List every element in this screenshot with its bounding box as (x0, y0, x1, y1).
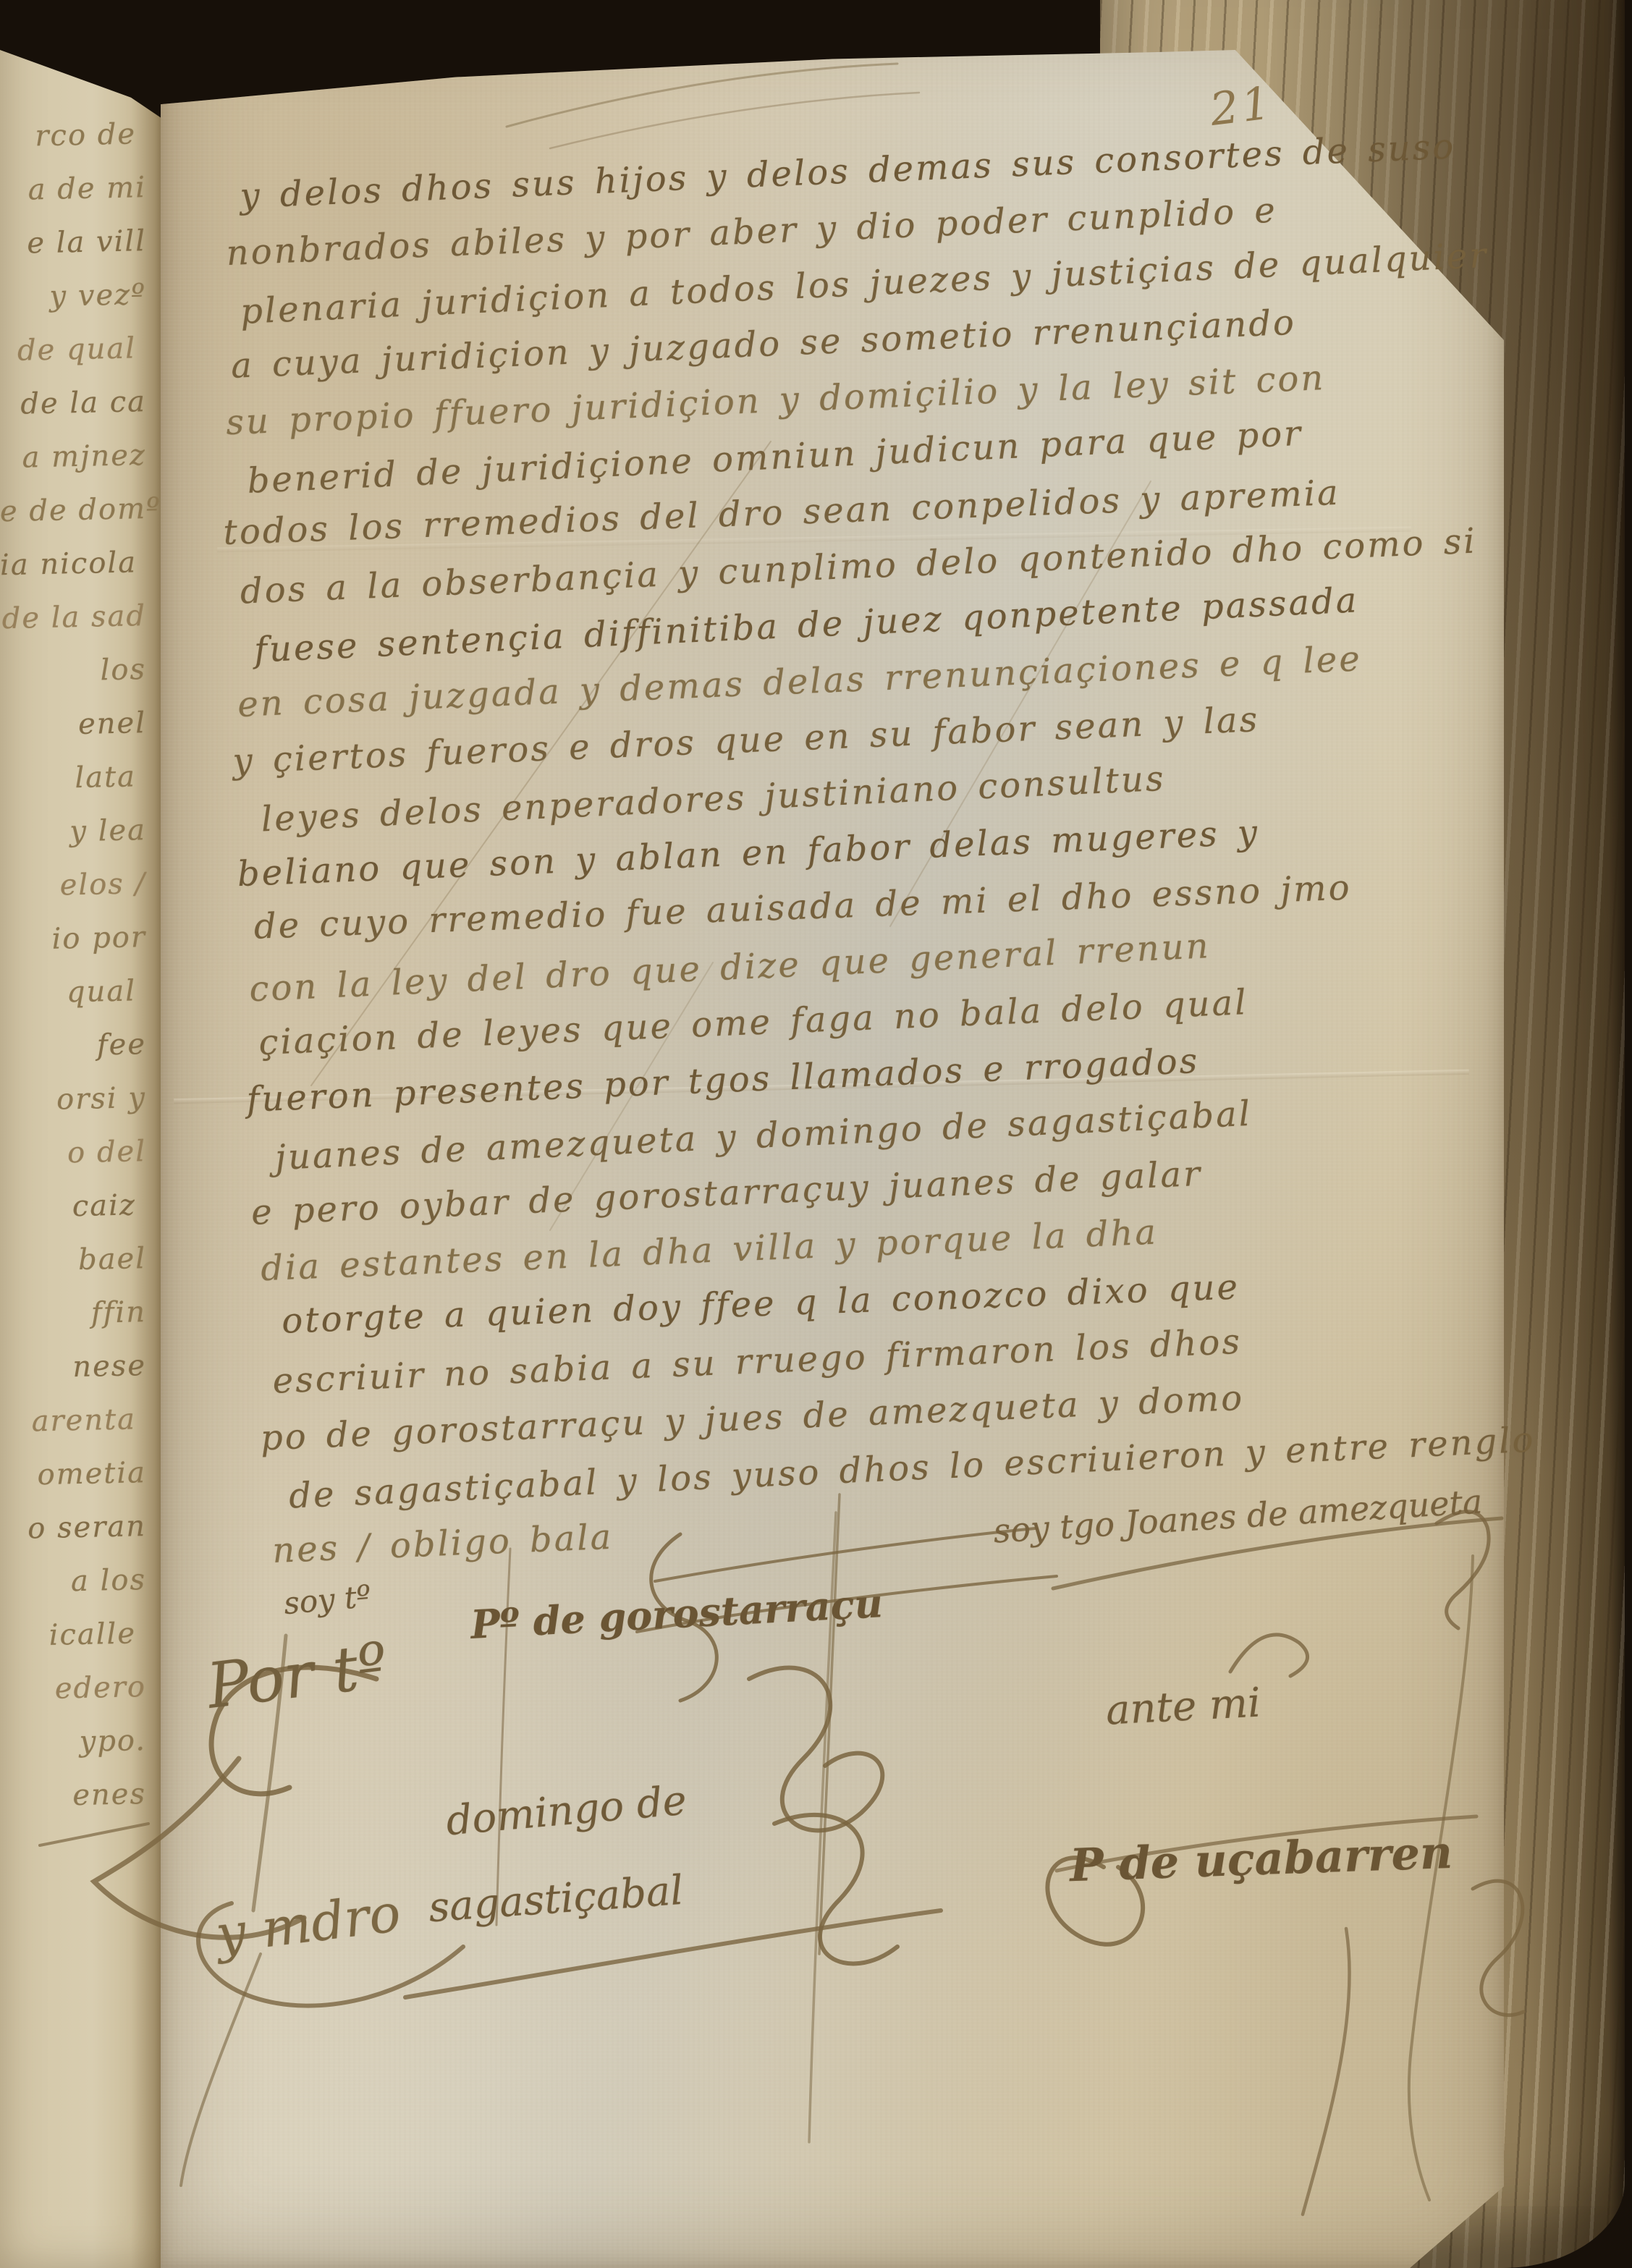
left-page-fragment-line: a de mi (0, 161, 158, 218)
left-page-fragment-line: orsi y (0, 1071, 158, 1128)
left-page-fragment-line: ometia (0, 1446, 158, 1503)
left-page-edge: rco dea de mie la villy vezºde qualde la… (0, 0, 168, 2268)
left-page-fragment-line: bael (0, 1232, 158, 1289)
left-page-fragment-line: icalle (0, 1607, 158, 1664)
left-page-fragment-line: lata (0, 750, 158, 807)
left-page-fragment-line: a mjnez (0, 428, 158, 486)
manuscript-photo: rco dea de mie la villy vezºde qualde la… (0, 0, 1632, 2268)
ante-mi-note: ante mi (1104, 1679, 1261, 1734)
left-page-fragment-line: e de domº (0, 482, 158, 539)
left-page-fragment-line: e la vill (0, 214, 158, 271)
left-page-fragment-line: enel (0, 696, 158, 753)
left-page-fragment-line: ia nicola (0, 536, 158, 593)
left-page-fragment-line: nese (0, 1339, 158, 1396)
left-page-fragment-line: enes (0, 1767, 158, 1824)
deed-text-block: y delos dhos sus hijos y delos demas sus… (208, 118, 1524, 1580)
left-page-fragment-line: elos / (0, 857, 158, 914)
left-page-fragment-line: caiz (0, 1178, 158, 1235)
left-page-fragment-line: de la ca (0, 375, 158, 432)
left-page-fragment-line: los (0, 643, 158, 700)
left-page-fragment-line: de la sad (0, 589, 158, 646)
left-page-fragment-line: ypo. (0, 1714, 158, 1771)
left-page-fragment-line: edero (0, 1660, 158, 1717)
left-page-fragment-line: y lea (0, 803, 158, 860)
soy-testigo-note: soy tº (282, 1578, 372, 1621)
left-page-fragment-line: rco de (0, 107, 158, 164)
left-page-fragment-line: qual (0, 964, 158, 1021)
left-page-fragment-line: io por (0, 910, 158, 968)
left-page-text-fragments: rco dea de mie la villy vezºde qualde la… (0, 109, 158, 1822)
left-page-fragment-line: a los (0, 1553, 158, 1610)
left-page-fragment-line: o seran (0, 1499, 158, 1557)
left-page-fragment-line: arenta (0, 1392, 158, 1450)
folio-number: 21 (1208, 80, 1276, 132)
left-page-fragment-line: de qual (0, 321, 158, 378)
left-page-fragment-line: y vezº (0, 268, 158, 325)
left-page-fragment-line: fee (0, 1017, 158, 1075)
left-page-fragment-line: o del (0, 1125, 158, 1182)
left-page-fragment-line: ffin (0, 1285, 158, 1342)
